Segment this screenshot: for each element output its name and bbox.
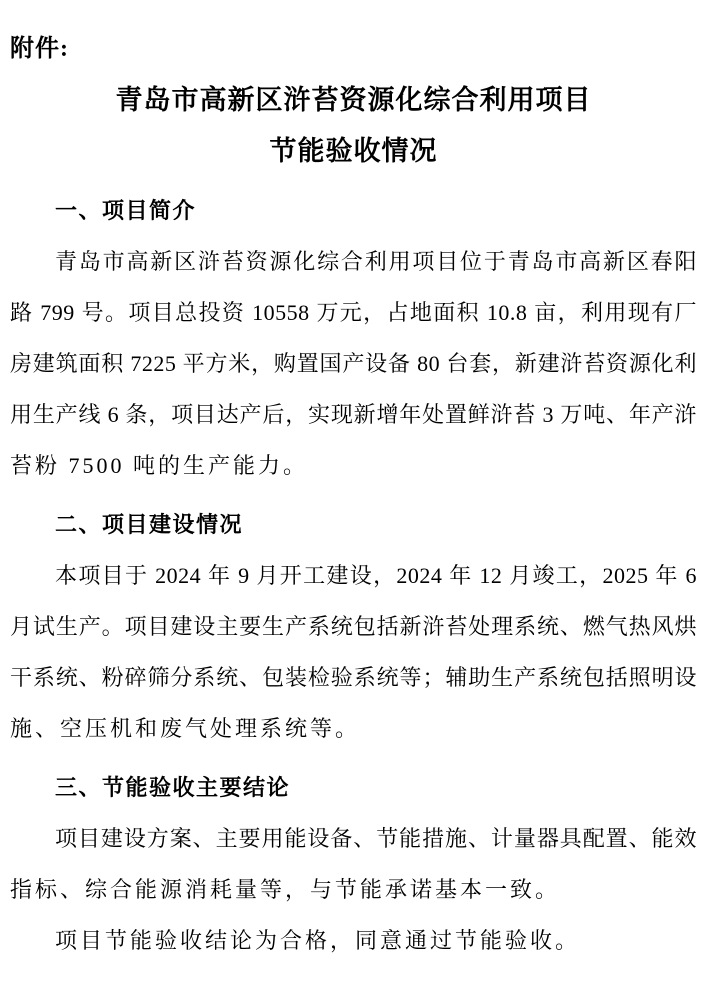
attachment-label: 附件: [10, 24, 697, 75]
section-heading: 一、项目简介 [10, 185, 697, 236]
section: 三、节能验收主要结论项目建设方案、主要用能设备、节能措施、计量器具配置、能效指标… [10, 762, 697, 966]
section: 一、项目简介青岛市高新区浒苔资源化综合利用项目位于青岛市高新区春阳路 799 号… [10, 185, 697, 491]
paragraph-line: 路 799 号。项目总投资 10558 万元，占地面积 10.8 亩，利用现有厂 [10, 287, 697, 338]
document-body: 一、项目简介青岛市高新区浒苔资源化综合利用项目位于青岛市高新区春阳路 799 号… [10, 185, 697, 966]
paragraph-line: 房建筑面积 7225 平方米，购置国产设备 80 台套，新建浒苔资源化利 [10, 338, 697, 389]
paragraph-line: 月试生产。项目建设主要生产系统包括新浒苔处理系统、燃气热风烘 [10, 601, 697, 652]
section-heading: 二、项目建设情况 [10, 499, 697, 550]
document-page: 附件: 青岛市高新区浒苔资源化综合利用项目 节能验收情况 一、项目简介青岛市高新… [0, 0, 708, 1002]
paragraph: 青岛市高新区浒苔资源化综合利用项目位于青岛市高新区春阳路 799 号。项目总投资… [10, 236, 697, 491]
paragraph-line: 指标、综合能源消耗量等，与节能承诺基本一致。 [10, 864, 697, 915]
paragraph-line: 苔粉 7500 吨的生产能力。 [10, 440, 697, 491]
paragraph-line: 干系统、粉碎筛分系统、包装检验系统等；辅助生产系统包括照明设 [10, 652, 697, 703]
paragraph-line: 用生产线 6 条，项目达产后，实现新增年处置鲜浒苔 3 万吨、年产浒 [10, 389, 697, 440]
paragraph: 项目建设方案、主要用能设备、节能措施、计量器具配置、能效指标、综合能源消耗量等，… [10, 813, 697, 915]
paragraph-line: 项目节能验收结论为合格，同意通过节能验收。 [10, 915, 697, 966]
paragraph-line: 青岛市高新区浒苔资源化综合利用项目位于青岛市高新区春阳 [10, 236, 697, 287]
paragraph-line: 施、空压机和废气处理系统等。 [10, 703, 697, 754]
section: 二、项目建设情况本项目于 2024 年 9 月开工建设，2024 年 12 月竣… [10, 499, 697, 754]
document-title-line-1: 青岛市高新区浒苔资源化综合利用项目 [10, 75, 697, 126]
paragraph-line: 项目建设方案、主要用能设备、节能措施、计量器具配置、能效 [10, 813, 697, 864]
section-heading: 三、节能验收主要结论 [10, 762, 697, 813]
paragraph-line: 本项目于 2024 年 9 月开工建设，2024 年 12 月竣工，2025 年… [10, 550, 697, 601]
document-title-line-2: 节能验收情况 [10, 126, 697, 177]
paragraph: 项目节能验收结论为合格，同意通过节能验收。 [10, 915, 697, 966]
paragraph: 本项目于 2024 年 9 月开工建设，2024 年 12 月竣工，2025 年… [10, 550, 697, 754]
